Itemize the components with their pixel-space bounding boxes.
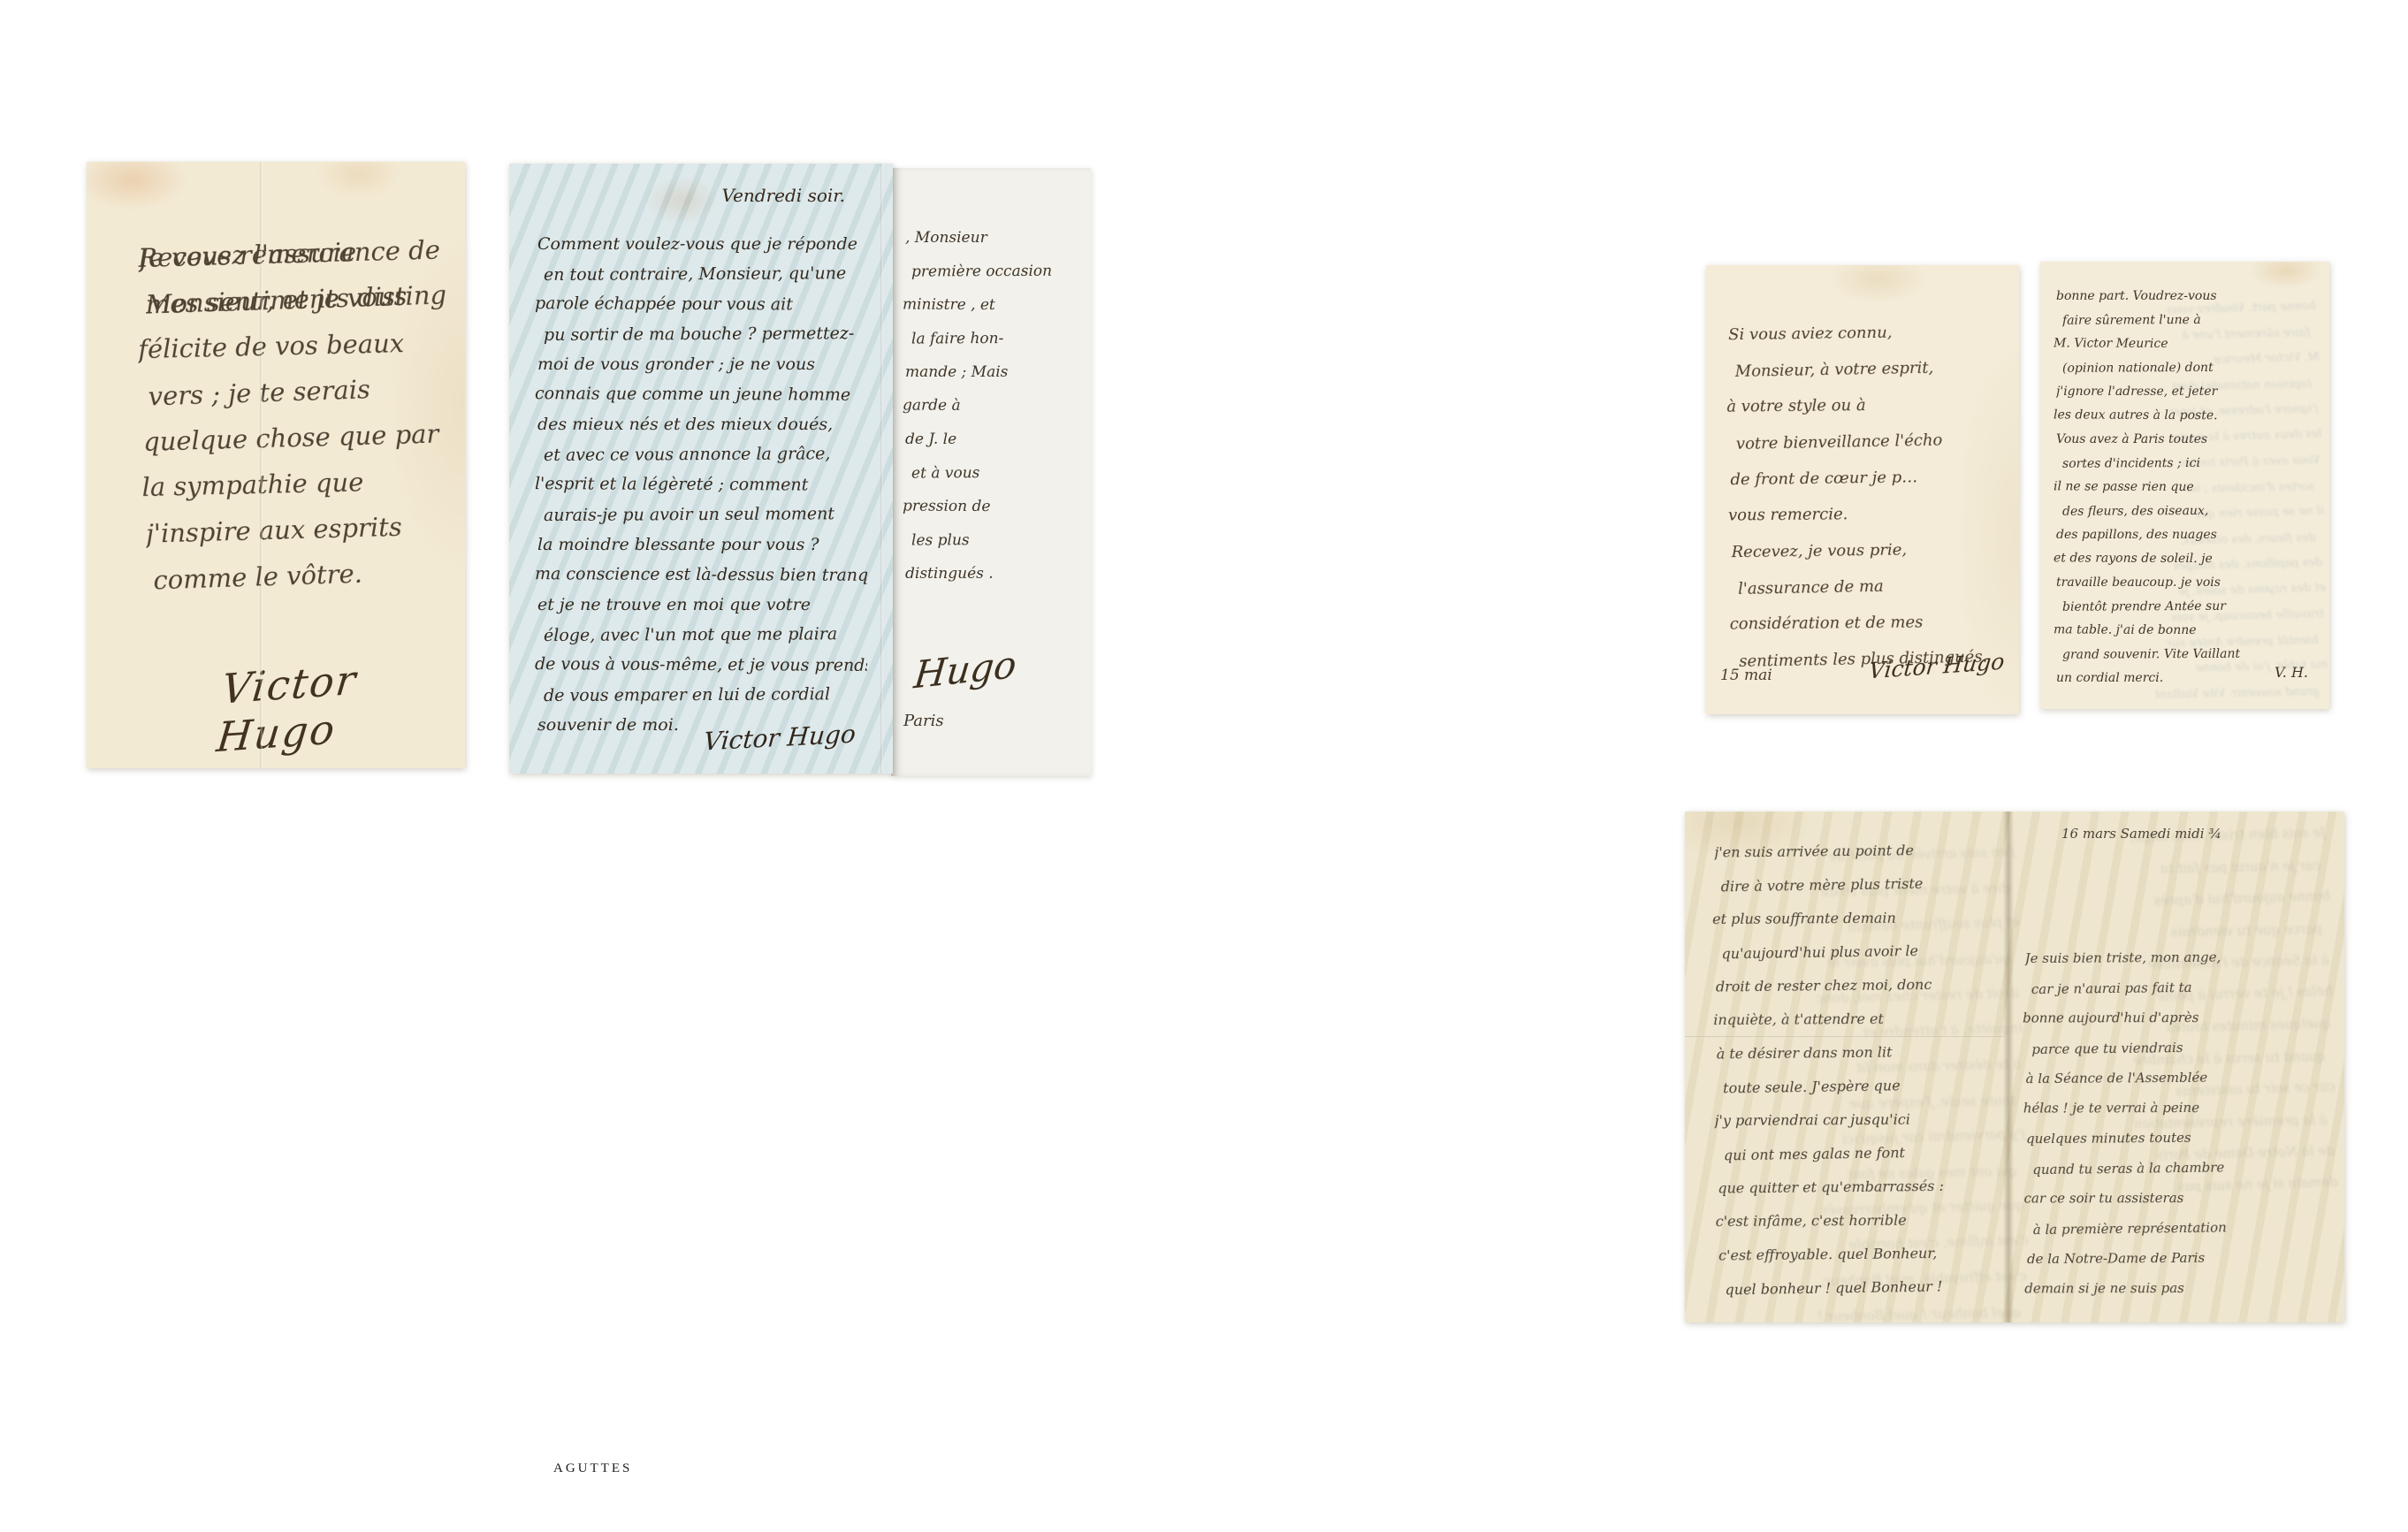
handwriting-line: vous remercie. bbox=[1728, 495, 2002, 534]
handwriting-block: bonne part. Voudrez-vousfaire sûrement l… bbox=[2056, 285, 2319, 709]
handwriting-line: pu sortir de ma bouche ? permettez- bbox=[544, 318, 876, 350]
handwriting-line: M. Victor Meurice bbox=[2054, 332, 2316, 356]
handwriting-line: des fleurs, des oiseaux, bbox=[2062, 499, 2325, 524]
handwriting-line: droit de rester chez moi, donc bbox=[1716, 967, 1986, 1003]
handwriting-line: et plus souffrante demain bbox=[1712, 901, 1983, 936]
handwriting-line: mande ; Mais bbox=[905, 355, 1086, 389]
letter-scan-small-right: bonne part. Voudrez-vousfaire sûrement l… bbox=[2040, 262, 2329, 709]
letter-scan-cream: Je vous remercieMonsieur, et je vousféli… bbox=[87, 162, 465, 768]
handwriting-line: bonne aujourd'hui d'après bbox=[2024, 880, 2331, 921]
handwriting-line: à te désirer dans mon lit bbox=[1717, 1034, 1987, 1071]
paper-crease bbox=[1685, 1036, 2003, 1038]
handwriting-line: Je suis bien triste, mon ange, bbox=[2025, 941, 2326, 973]
handwriting-block-right: Je suis bien triste, mon ange,car je n'a… bbox=[2025, 941, 2328, 1323]
handwriting-line: distingués . bbox=[905, 557, 1086, 591]
handwriting-line: et avec ce vous annonce la grâce, bbox=[544, 438, 876, 470]
letter-scan-white: , Monsieurpremière occasionministre , et… bbox=[891, 168, 1091, 776]
handwriting-line: mes sentiments distingués. bbox=[145, 271, 449, 327]
dateline: 16 mars Samedi midi ¾ bbox=[2061, 826, 2221, 842]
handwriting-line: travaille beaucoup. je vois bbox=[2056, 571, 2319, 595]
handwriting-line: car ce soir tu assisteras bbox=[2023, 1183, 2324, 1214]
handwriting-line: toute seule. J'espère que bbox=[1723, 1068, 1994, 1106]
handwriting-line: considération et de mes bbox=[1730, 604, 2004, 643]
victor-hugo-signature: Victor Hugo bbox=[215, 648, 470, 761]
handwriting-line: l'assurance de ma bbox=[1738, 566, 2013, 607]
handwriting-block: Comment voulez-vous que je répondeen tou… bbox=[537, 229, 870, 774]
handwriting-line: qui ont mes galas ne font bbox=[1724, 1135, 1995, 1173]
handwriting-line: Si vous aviez connu, bbox=[1728, 313, 2003, 353]
place-line: Paris bbox=[903, 712, 944, 730]
handwriting-line: parole échappée pour vous ait bbox=[535, 288, 867, 320]
handwriting-line: Comment voulez-vous que je réponde bbox=[537, 229, 870, 259]
handwriting-line: c'est infâme, c'est horrible bbox=[1716, 1203, 1986, 1239]
handwriting-line: connais que comme un jeune homme bbox=[535, 378, 867, 410]
dateline: Vendredi soir. bbox=[721, 185, 845, 206]
handwriting-line: (opinion nationale) dont bbox=[2062, 355, 2325, 381]
handwriting-line: moi de vous gronder ; je ne vous bbox=[537, 349, 870, 379]
spread-right-page: Je suis bien triste, mon ange,car je n'a… bbox=[2014, 812, 2344, 1322]
handwriting-line: quel bonheur ! quel Bonheur ! bbox=[1725, 1269, 1996, 1307]
handwriting-line: votre bienveillance l'écho bbox=[1735, 421, 2010, 462]
handwriting-line: , Monsieur bbox=[905, 221, 1086, 255]
handwriting-line: ministre , et bbox=[903, 288, 1083, 323]
handwriting-line: car je n'aurai pas fait ta bbox=[2031, 971, 2332, 1004]
handwriting-line: j'y parviendrai car jusqu'ici bbox=[1714, 1102, 1985, 1138]
handwriting-line: quelques minutes toutes bbox=[2026, 1122, 2327, 1154]
handwriting-line: éloge, avec l'un mot que me plaira bbox=[544, 619, 876, 651]
handwriting-line: Monsieur, à votre esprit, bbox=[1734, 348, 2009, 390]
handwriting-line: il ne se passe rien que bbox=[2054, 475, 2316, 499]
handwriting-line: que quitter et qu'embarrassés : bbox=[1718, 1169, 1988, 1205]
handwriting-line: des papillons, des nuages bbox=[2056, 523, 2319, 547]
handwriting-line: bonne part. Voudrez-vous bbox=[2056, 285, 2319, 309]
handwriting-line: à la Séance de l'Assemblée bbox=[2025, 1062, 2326, 1094]
handwriting-line: et je ne trouve en moi que votre bbox=[537, 590, 870, 620]
handwriting-block-left: j'en suis arrivée au point dedire à votr… bbox=[1714, 833, 1990, 1323]
handwriting-line: les deux autres à la poste. bbox=[2054, 403, 2316, 428]
handwriting-line: Vous avez à Paris toutes bbox=[2056, 428, 2319, 452]
handwriting-line: première occasion bbox=[911, 254, 1092, 288]
handwriting-line: car je n'aurai pas fait ta bbox=[2015, 850, 2321, 888]
handwriting-line: bonne aujourd'hui d'après bbox=[2023, 1002, 2323, 1033]
handwriting-line: à la première représentation bbox=[2033, 1211, 2334, 1245]
initials-signature: V. H. bbox=[2275, 664, 2308, 681]
handwriting-line: la moindre blessante pour vous ? bbox=[537, 530, 870, 560]
paper-crease bbox=[260, 162, 263, 768]
handwriting-line: à votre style ou à bbox=[1726, 386, 2000, 425]
handwriting-line: de vous à vous-même, et je vous prends bbox=[535, 649, 867, 681]
handwriting-line: hélas ! je te verrai à peine bbox=[2023, 1093, 2324, 1124]
handwriting-line: des mieux nés et des mieux doués, bbox=[537, 409, 870, 439]
handwriting-line: de vous emparer en lui de cordial bbox=[544, 679, 876, 711]
handwriting-line: faire sûrement l'une à bbox=[2062, 308, 2325, 333]
handwriting-line: inquiète, à t'attendre et bbox=[1713, 1002, 1984, 1037]
handwriting-line: dire à votre mère plus triste bbox=[1720, 866, 1992, 904]
handwriting-line: demain si je ne suis pas bbox=[2024, 1273, 2325, 1304]
handwriting-line: et à vous bbox=[911, 455, 1092, 490]
handwriting-line: en tout contraire, Monsieur, qu'une bbox=[544, 258, 876, 290]
handwriting-line: bientôt prendre Antée sur bbox=[2062, 594, 2325, 620]
handwriting-line: pression de bbox=[903, 490, 1083, 524]
handwriting-line: de la Notre-Dame de Paris bbox=[2027, 1242, 2328, 1274]
catalog-page: Je vous remercieMonsieur, et je vousféli… bbox=[0, 0, 2408, 1532]
handwriting-line: ma conscience est là-dessus bien tranqui… bbox=[535, 559, 867, 591]
letter-scan-small-left: Si vous aviez connu,Monsieur, à votre es… bbox=[1706, 265, 2019, 714]
dateline: 15 mai bbox=[1720, 667, 1772, 684]
handwriting-line: Recevez, je vous prie, bbox=[1731, 530, 2006, 570]
auction-house-brand: AGUTTES bbox=[553, 1461, 632, 1476]
paper-crease bbox=[880, 164, 883, 774]
handwriting-line: et des rayons de soleil. je bbox=[2054, 546, 2316, 571]
center-fold bbox=[2003, 812, 2014, 1322]
handwriting-line: la faire hon- bbox=[911, 321, 1092, 355]
handwriting-line: quand tu seras à la chambre bbox=[2032, 1151, 2333, 1185]
handwriting-line: garde à bbox=[903, 389, 1083, 423]
handwriting-line: de front de cœur je p… bbox=[1730, 458, 2005, 498]
handwriting-line: aurais-je pu avoir un seul moment bbox=[544, 499, 876, 530]
handwriting-line: les plus bbox=[911, 522, 1092, 557]
handwriting-line: j'en suis arrivée au point de bbox=[1714, 833, 1985, 869]
handwriting-line: l'esprit et la légèreté ; comment bbox=[535, 469, 867, 500]
handwriting-line: c'est effroyable. quel Bonheur, bbox=[1718, 1236, 1989, 1272]
handwriting-line: ma table. j'ai de bonne bbox=[2054, 618, 2316, 643]
handwriting-line: sortes d'incidents ; ici bbox=[2062, 451, 2325, 476]
handwriting-line: j'ignore l'adresse, et jeter bbox=[2056, 380, 2319, 404]
handwriting-line: qu'aujourd'hui plus avoir le bbox=[1721, 934, 1993, 972]
letter-scan-blue: Vendredi soir. Comment voulez-vous que j… bbox=[509, 164, 893, 774]
handwriting-line: parce que tu viendrais bbox=[2031, 1031, 2332, 1064]
handwriting-line: de J. le bbox=[905, 423, 1086, 456]
letter-scan-spread: j'en suis arrivée au point dedire à votr… bbox=[1685, 812, 2344, 1322]
